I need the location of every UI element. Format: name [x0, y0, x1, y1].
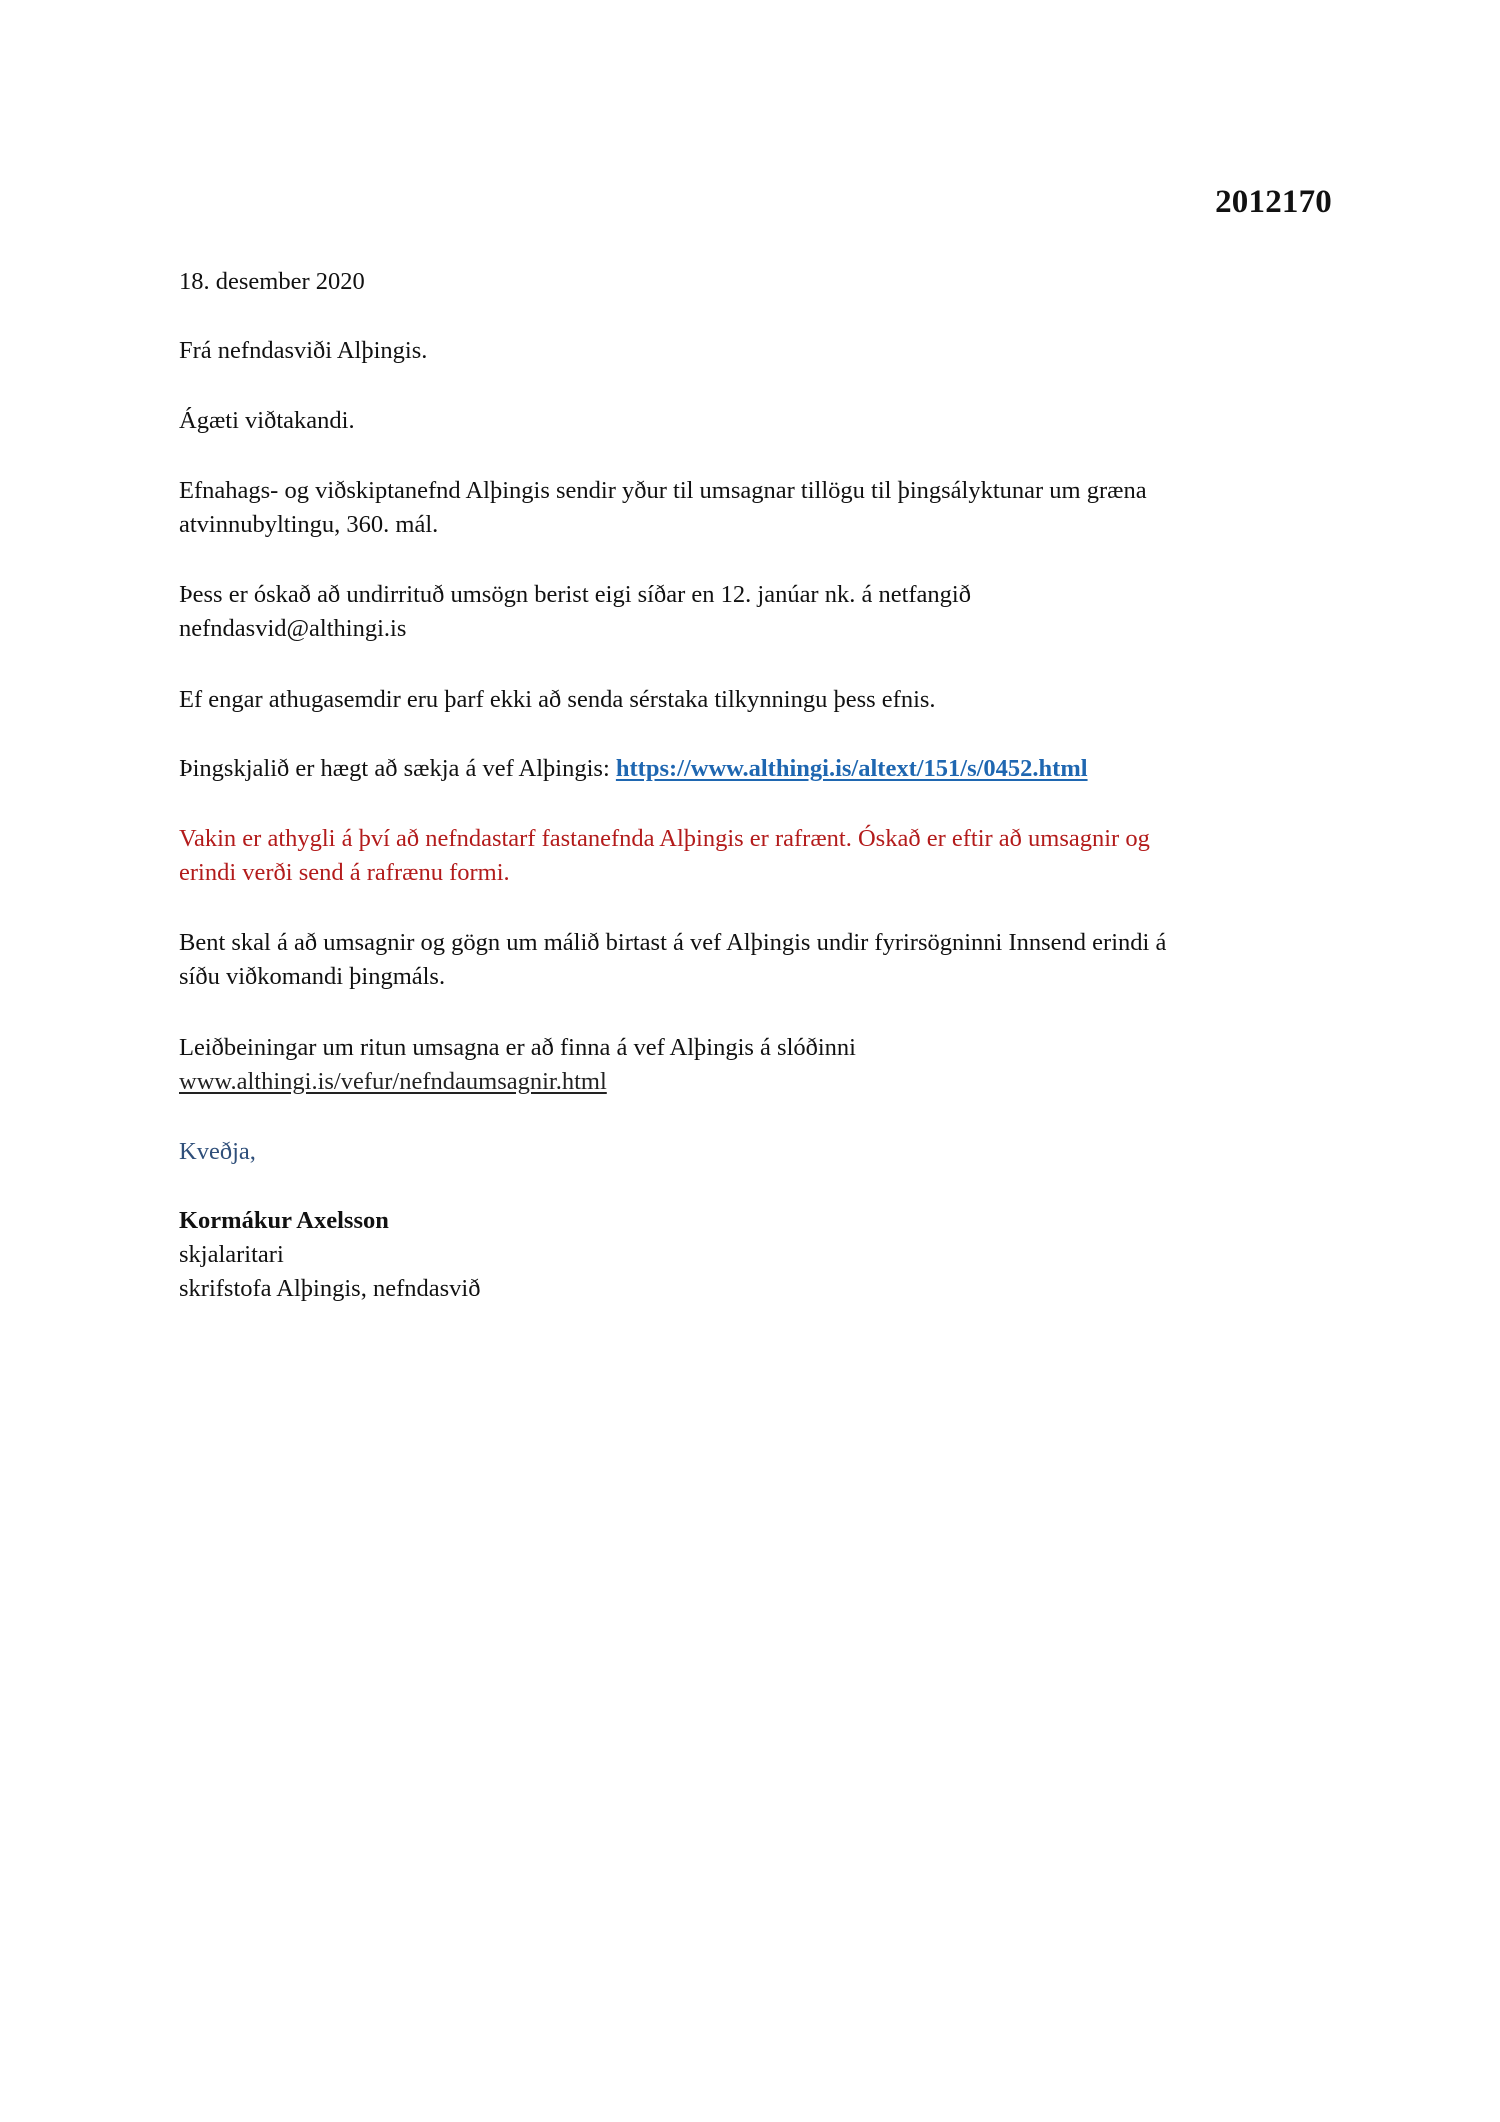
paragraph-no-comments: Ef engar athugasemdir eru þarf ekki að s…	[179, 683, 1339, 717]
paragraph-line: erindi verði send á rafrænu formi.	[179, 856, 1339, 890]
sender-text: Frá nefndasviði Alþingis.	[179, 334, 1339, 368]
salutation-text: Ágæti viðtakandi.	[179, 404, 1339, 438]
paragraph-line: atvinnubyltingu, 360. mál.	[179, 508, 1339, 542]
paragraph-document-link: Þingskjalið er hægt að sækja á vef Alþin…	[179, 752, 1339, 786]
paragraph-line: Þingskjalið er hægt að sækja á vef Alþin…	[179, 755, 616, 782]
letter-closing: Kveðja,	[179, 1135, 1339, 1169]
paragraph-guidelines: Leiðbeiningar um ritun umsagna er að fin…	[179, 1031, 1339, 1099]
letter-sender: Frá nefndasviði Alþingis.	[179, 334, 1339, 368]
paragraph-line: Efnahags- og viðskiptanefnd Alþingis sen…	[179, 474, 1339, 508]
paragraph-line: Leiðbeiningar um ritun umsagna er að fin…	[179, 1031, 1339, 1065]
document-link[interactable]: https://www.althingi.is/altext/151/s/045…	[616, 755, 1088, 782]
date-text: 18. desember 2020	[179, 265, 1339, 299]
paragraph-electronic-notice: Vakin er athygli á því að nefndastarf fa…	[179, 822, 1339, 890]
paragraph-deadline: Þess er óskað að undirrituð umsögn beris…	[179, 578, 1339, 646]
letter-date: 18. desember 2020	[179, 265, 1339, 299]
paragraph-line: Þess er óskað að undirrituð umsögn beris…	[179, 578, 1339, 612]
document-page: 2012170 18. desember 2020 Frá nefndasvið…	[0, 0, 1500, 2122]
document-number: 2012170	[1215, 184, 1332, 221]
signer-office: skrifstofa Alþingis, nefndasvið	[179, 1272, 1339, 1306]
paragraph-line: Vakin er athygli á því að nefndastarf fa…	[179, 822, 1339, 856]
email-address[interactable]: nefndasvid@althingi.is	[179, 612, 1339, 646]
signer-name: Kormákur Axelsson	[179, 1204, 1339, 1238]
paragraph-line: Bent skal á að umsagnir og gögn um málið…	[179, 926, 1339, 960]
guidelines-link[interactable]: www.althingi.is/vefur/nefndaumsagnir.htm…	[179, 1068, 607, 1095]
closing-text: Kveðja,	[179, 1135, 1339, 1169]
signature-block: Kormákur Axelsson skjalaritari skrifstof…	[179, 1204, 1339, 1306]
signer-title: skjalaritari	[179, 1238, 1339, 1272]
letter-salutation: Ágæti viðtakandi.	[179, 404, 1339, 438]
paragraph-request: Efnahags- og viðskiptanefnd Alþingis sen…	[179, 474, 1339, 542]
paragraph-publication: Bent skal á að umsagnir og gögn um málið…	[179, 926, 1339, 994]
paragraph-line: Ef engar athugasemdir eru þarf ekki að s…	[179, 683, 1339, 717]
paragraph-line: síðu viðkomandi þingmáls.	[179, 960, 1339, 994]
